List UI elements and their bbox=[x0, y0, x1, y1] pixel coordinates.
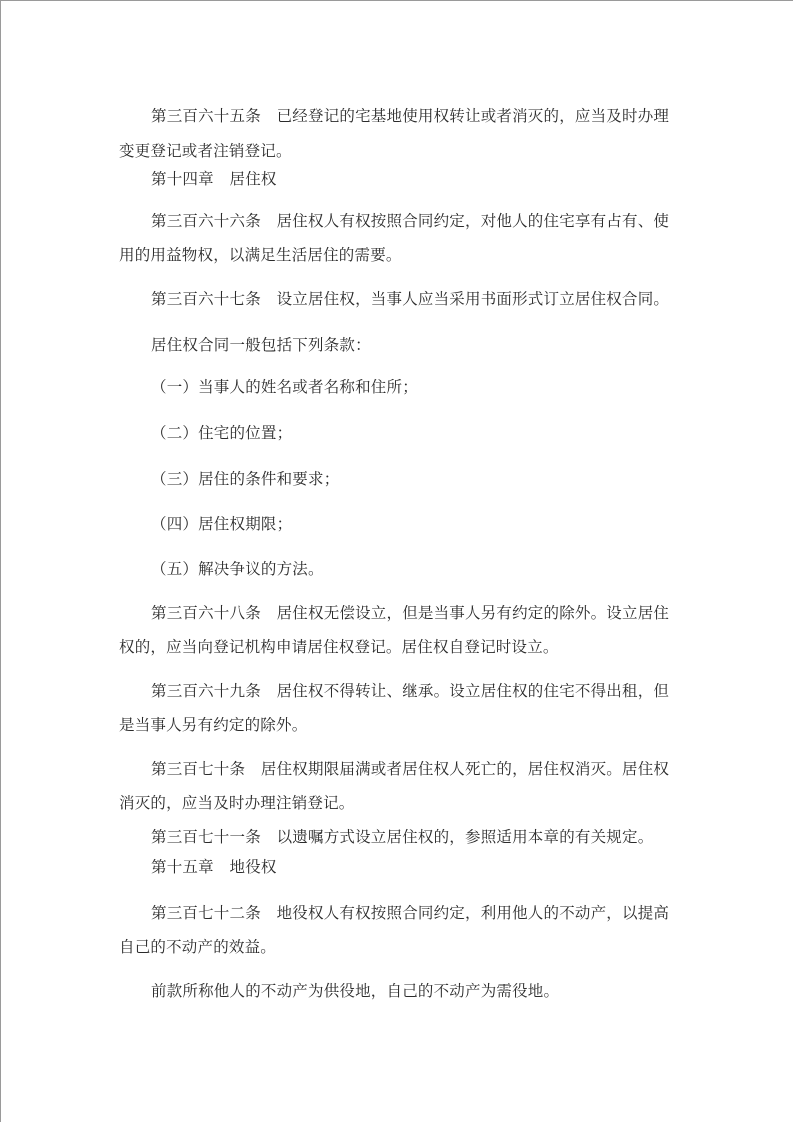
article-369-line-2: 是当事人另有约定的除外。 bbox=[119, 715, 679, 735]
article-370-line-2: 消灭的，应当及时办理注销登记。 bbox=[119, 793, 679, 813]
article-372-para-2: 前款所称他人的不动产为供役地，自己的不动产为需役地。 bbox=[151, 981, 711, 1001]
contract-terms-intro: 居住权合同一般包括下列条款： bbox=[151, 335, 711, 355]
article-365-line-2: 变更登记或者注销登记。 bbox=[119, 141, 679, 161]
article-368-line-2: 权的，应当向登记机构申请居住权登记。居住权自登记时设立。 bbox=[119, 637, 679, 657]
article-366-line-2: 用的用益物权，以满足生活居住的需要。 bbox=[119, 245, 679, 265]
chapter-15-heading: 第十五章 地役权 bbox=[151, 857, 711, 877]
article-371-line-1: 第三百七十一条 以遗嘱方式设立居住权的，参照适用本章的有关规定。 bbox=[151, 827, 711, 847]
contract-term-2: （二）住宅的位置； bbox=[151, 423, 711, 443]
chapter-14-heading: 第十四章 居住权 bbox=[151, 169, 711, 189]
article-365-line-1: 第三百六十五条 已经登记的宅基地使用权转让或者消灭的，应当及时办理 bbox=[151, 106, 711, 126]
article-368-line-1: 第三百六十八条 居住权无偿设立，但是当事人另有约定的除外。设立居住 bbox=[151, 603, 711, 623]
document-page: 第三百六十五条 已经登记的宅基地使用权转让或者消灭的，应当及时办理 变更登记或者… bbox=[0, 0, 793, 1122]
article-372-line-1: 第三百七十二条 地役权人有权按照合同约定，利用他人的不动产，以提高 bbox=[151, 903, 711, 923]
contract-term-4: （四）居住权期限； bbox=[151, 514, 711, 534]
contract-term-1: （一）当事人的姓名或者名称和住所； bbox=[151, 377, 711, 397]
article-367-line-1: 第三百六十七条 设立居住权，当事人应当采用书面形式订立居住权合同。 bbox=[151, 289, 711, 309]
article-366-line-1: 第三百六十六条 居住权人有权按照合同约定，对他人的住宅享有占有、使 bbox=[151, 211, 711, 231]
article-369-line-1: 第三百六十九条 居住权不得转让、继承。设立居住权的住宅不得出租，但 bbox=[151, 681, 711, 701]
contract-term-5: （五）解决争议的方法。 bbox=[151, 559, 711, 579]
contract-term-3: （三）居住的条件和要求； bbox=[151, 469, 711, 489]
article-372-line-2: 自己的不动产的效益。 bbox=[119, 937, 679, 957]
article-370-line-1: 第三百七十条 居住权期限届满或者居住权人死亡的，居住权消灭。居住权 bbox=[151, 759, 711, 779]
